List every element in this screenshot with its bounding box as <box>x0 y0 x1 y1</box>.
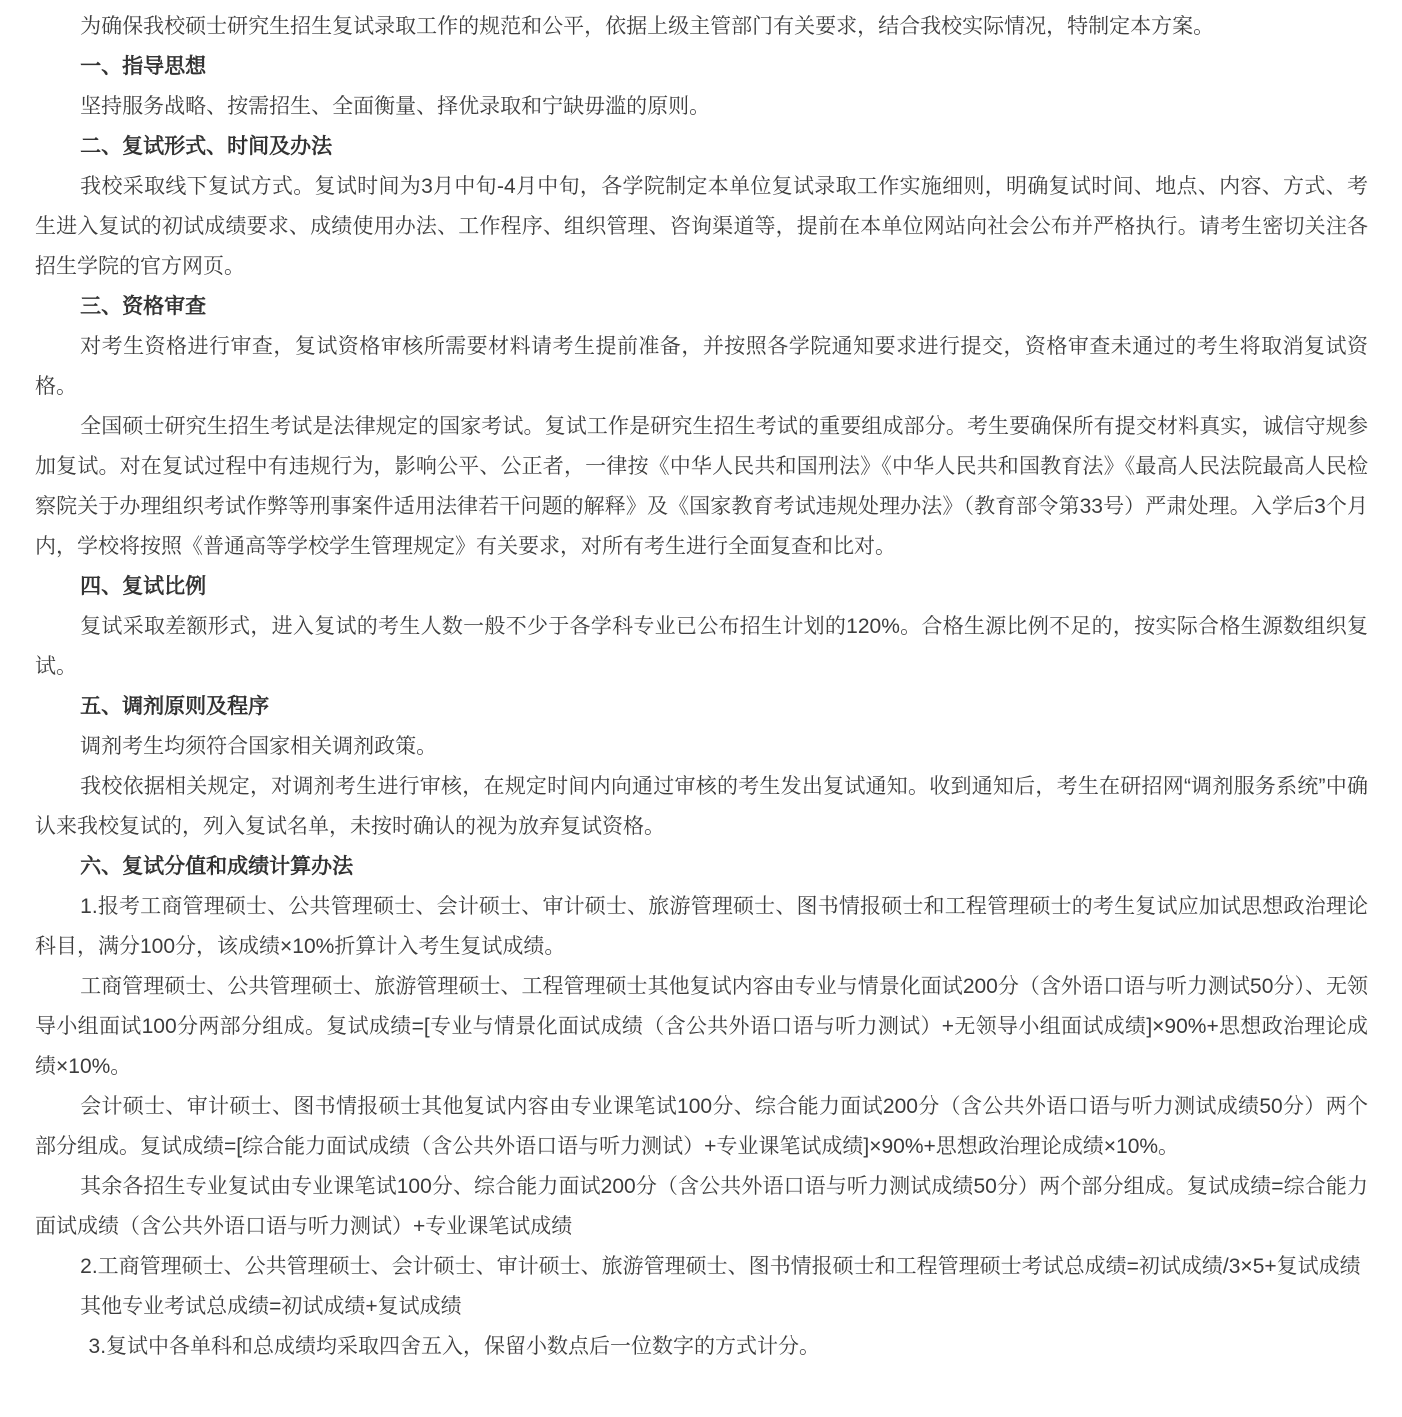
paragraph-other-majors-score-formula: 其余各招生专业复试由专业课笔试100分、综合能力面试200分（含公共外语口语与听… <box>35 1167 1368 1247</box>
heading-section-3-qualification-review: 三、资格审查 <box>35 287 1368 327</box>
admission-retest-plan-document: 为确保我校硕士研究生招生复试录取工作的规范和公平，依据上级主管部门有关要求，结合… <box>0 0 1402 1417</box>
paragraph-mba-mpa-score-formula: 工商管理硕士、公共管理硕士、旅游管理硕士、工程管理硕士其他复试内容由专业与情景化… <box>35 967 1368 1087</box>
paragraph-item-1-politics-test: 1.报考工商管理硕士、公共管理硕士、会计硕士、审计硕士、旅游管理硕士、图书情报硕… <box>35 887 1368 967</box>
paragraph-guiding-principle: 坚持服务战略、按需招生、全面衡量、择优录取和宁缺毋滥的原则。 <box>35 87 1368 127</box>
paragraph-retest-form: 我校采取线下复试方式。复试时间为3月中旬-4月中旬，各学院制定本单位复试录取工作… <box>35 167 1368 287</box>
paragraph-item-3-rounding-rule: 3.复试中各单科和总成绩均采取四舍五入，保留小数点后一位数字的方式计分。 <box>35 1327 1368 1367</box>
heading-section-5-adjustment-principles: 五、调剂原则及程序 <box>35 687 1368 727</box>
heading-section-6-score-calculation: 六、复试分值和成绩计算办法 <box>35 847 1368 887</box>
paragraph-retest-ratio: 复试采取差额形式，进入复试的考生人数一般不少于各学科专业已公布招生计划的120%… <box>35 607 1368 687</box>
paragraph-intro: 为确保我校硕士研究生招生复试录取工作的规范和公平，依据上级主管部门有关要求，结合… <box>35 7 1368 47</box>
paragraph-adjustment-policy: 调剂考生均须符合国家相关调剂政策。 <box>35 727 1368 767</box>
paragraph-adjustment-procedure: 我校依据相关规定，对调剂考生进行审核，在规定时间内向通过审核的考生发出复试通知。… <box>35 767 1368 847</box>
paragraph-national-exam-rules: 全国硕士研究生招生考试是法律规定的国家考试。复试工作是研究生招生考试的重要组成部… <box>35 407 1368 567</box>
heading-section-1-guiding-ideology: 一、指导思想 <box>35 47 1368 87</box>
paragraph-qualification-review: 对考生资格进行审查，复试资格审核所需要材料请考生提前准备，并按照各学院通知要求进… <box>35 327 1368 407</box>
paragraph-other-majors-total-score: 其他专业考试总成绩=初试成绩+复试成绩 <box>35 1287 1368 1327</box>
paragraph-item-2-total-score-formula: 2.工商管理硕士、公共管理硕士、会计硕士、审计硕士、旅游管理硕士、图书情报硕士和… <box>35 1247 1368 1287</box>
heading-section-4-retest-ratio: 四、复试比例 <box>35 567 1368 607</box>
paragraph-accounting-audit-score-formula: 会计硕士、审计硕士、图书情报硕士其他复试内容由专业课笔试100分、综合能力面试2… <box>35 1087 1368 1167</box>
heading-section-2-retest-form-time-method: 二、复试形式、时间及办法 <box>35 127 1368 167</box>
